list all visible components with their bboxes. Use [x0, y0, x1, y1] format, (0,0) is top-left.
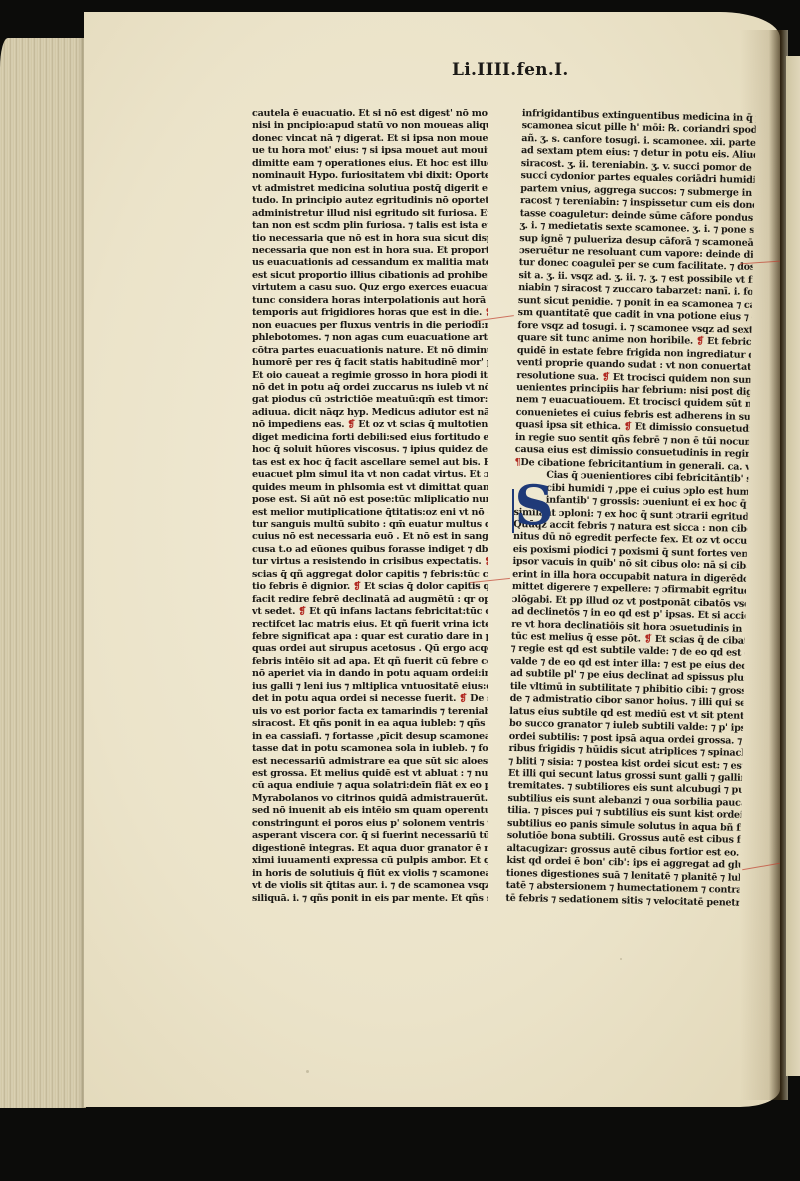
- pilcrow-icon: ❡: [353, 581, 361, 592]
- text-line: ximi iuuamenti expressa cū pulpis ambor.…: [252, 855, 488, 867]
- text-line: in horis de solutiuis q̄ fiūt ex violis …: [252, 868, 488, 880]
- text-line: temporis aut frigidiores horas que est i…: [252, 307, 488, 319]
- text-line: facit redire febrē declinatā ad augmētū …: [252, 594, 488, 606]
- pilcrow-icon: ❡: [624, 422, 632, 433]
- text-line: Et oio caueat a regimie grosso in hora p…: [252, 370, 488, 382]
- illuminated-initial-s: S: [511, 481, 557, 529]
- text-line: tur virtus a resistendo in crisibus expe…: [252, 556, 488, 568]
- text-line: quides meum in phlsomia est vt dimittat …: [252, 482, 488, 494]
- pilcrow-icon: ❡: [602, 371, 610, 382]
- text-line: vt de violis sit q̄titas aur. i. ⁊ de sc…: [252, 880, 488, 892]
- text-line: hoc q̄ soluit hūores viscosus. ⁊ ipius q…: [252, 444, 488, 456]
- text-column-left: cautela ē euacuatio. Et si nō est digest…: [252, 108, 488, 905]
- text-line: cusa t.o ad eūones quibus forasse indige…: [252, 544, 488, 556]
- text-line: nō aperiet via in dando in potu aquam or…: [252, 668, 488, 680]
- text-line: tunc considera horas interpolationis aut…: [252, 295, 488, 307]
- text-line: adiuua. dicit nāqz hyp. Medicus adiutor …: [252, 407, 488, 419]
- text-line: non euacues per fluxus ventris in die pe…: [252, 320, 488, 332]
- text-line: ue tu hora mot' eius: ⁊ si ipsa mouet au…: [252, 145, 488, 157]
- pilcrow-icon: ❡: [347, 419, 355, 430]
- pilcrow-icon: ❡: [459, 693, 467, 704]
- text-line: cōtra partes euacuationis nature. Et nō …: [252, 345, 488, 357]
- pilcrow-icon: ❡: [485, 556, 488, 567]
- text-line: est melior mutiplicatione q̄titatis:oz e…: [252, 507, 488, 519]
- text-line: digestionē integras. Et aqua duor granat…: [252, 843, 488, 855]
- right-column-top-text: infrigidantibus extinguentibus medicina …: [515, 108, 756, 462]
- text-line: est sicut proportio illius cibationis ad…: [252, 270, 488, 282]
- text-line: nominauit Hypo. furiositatem vbi dixit: …: [252, 170, 488, 182]
- text-line: tasse dat in potu scamonea sola in iuble…: [252, 743, 488, 755]
- text-line: virtutem a casu suo. Quz ergo exerces eu…: [252, 282, 488, 294]
- paper-speck: [306, 1070, 309, 1073]
- text-line: tur sanguis multū subito : qm̄ euatur mu…: [252, 519, 488, 531]
- pilcrow-icon: ❡: [644, 634, 652, 645]
- text-line: gat piodus cū ɔstrictiōe meatuū:qm̄ est …: [252, 394, 488, 406]
- text-line: cautela ē euacuatio. Et si nō est digest…: [252, 108, 488, 120]
- text-line: in ea cassiafi. ⁊ fortasse ,pīcit desup …: [252, 731, 488, 743]
- text-line: cū aqua endiuie ⁊ aqua solatri:deīn fiāt…: [252, 780, 488, 792]
- text-line: vt admistret medicina solutiua postq̄ di…: [252, 183, 488, 195]
- text-line: est necessariū admistrare ea que sūt sic…: [252, 756, 488, 768]
- text-line: ius galli ⁊ leni ius ⁊ mltiplica vntuosi…: [252, 681, 488, 693]
- text-line: asperant viscera cor. q̄ si fuerint nece…: [252, 830, 488, 842]
- text-line: tio febris ē dignior. ❡ Et scias q̄ dolo…: [252, 581, 488, 593]
- paper-speck: [620, 958, 622, 960]
- text-line: nisi in pncipio:apud statū vo non moueas…: [252, 120, 488, 132]
- text-line: uis vo est porior facta ex tamarindis ⁊ …: [252, 706, 488, 718]
- text-line: est grossa. Et melius quidē est vt ablua…: [252, 768, 488, 780]
- text-line: cuius nō est necessaria euō . Et nō est …: [252, 531, 488, 543]
- text-line: siliquā. i. ⁊ qñs ponit in eis par mente…: [252, 893, 488, 905]
- text-line: febris intēio sit ad apa. Et qñ fuerit c…: [252, 656, 488, 668]
- text-line: necessaria que non est in hora sua. Et p…: [252, 245, 488, 257]
- facing-page-sliver: [786, 56, 800, 1076]
- pilcrow-icon: ❡: [696, 336, 704, 347]
- text-line: sed nō inuenit ab eis intēio sm quam ope…: [252, 805, 488, 817]
- text-line: pose est. Si aūt nō est pose:tūc mliplic…: [252, 494, 488, 506]
- text-line: administretur illud nisi egritudo sit fu…: [252, 208, 488, 220]
- text-line: humorē per res q̄ facit statis habitudin…: [252, 357, 488, 369]
- text-line: diget medicina forti debili:sed eius for…: [252, 432, 488, 444]
- text-line: us euacuationis ad cessandum ex malitia …: [252, 257, 488, 269]
- text-line: dimitte eam ⁊ operationes eius. Et hoc e…: [252, 158, 488, 170]
- text-line: constringunt ei poros eius p' solonem ve…: [252, 818, 488, 830]
- text-line: Myrabolanos vo citrinos quidā admistraue…: [252, 793, 488, 805]
- text-line: tudo. In principio autez egritudinis nō …: [252, 195, 488, 207]
- text-line: euacuet plm simul ita vt non cadat virtu…: [252, 469, 488, 481]
- text-line: quas ordei aut sirupus acetosus . Qū erg…: [252, 643, 488, 655]
- page-edges-stack: [0, 38, 86, 1108]
- text-line: rectifcet lac matris eius. Et qñ fuerit …: [252, 619, 488, 631]
- text-line: tas est ex hoc q̄ facit ascellare semel …: [252, 457, 488, 469]
- running-head: Li.IIII.fen.I.: [452, 60, 569, 80]
- text-line: donec vincat nā ⁊ digerat. Et si ipsa no…: [252, 133, 488, 145]
- pilcrow-icon: ❡: [485, 307, 488, 318]
- pilcrow-icon: ❡: [298, 606, 306, 617]
- text-line: siracost. Et qñs ponit in ea aqua iubleb…: [252, 718, 488, 730]
- text-line: febre significat apa : quar est curatio …: [252, 631, 488, 643]
- text-line: vt sedet. ❡ Et qū infans lactans febrici…: [252, 606, 488, 618]
- text-line: nō impediens eas. ❡ Et oz vt scias q̄ mu…: [252, 419, 488, 431]
- text-line: scias q̄ qñ aggregat dolor capitis ⁊ feb…: [252, 569, 488, 581]
- text-line: nō det in potu aq̄ ordei zuccarus ns iul…: [252, 382, 488, 394]
- text-line: det in potu aqua ordei si necesse fuerit…: [252, 693, 488, 705]
- text-line: tan non est scdm plin furiosa. ⁊ talis e…: [252, 220, 488, 232]
- text-line: tio necessaria que nō est in hora sua si…: [252, 233, 488, 245]
- text-line: phlebotomes. ⁊ non agas cum euacuatione …: [252, 332, 488, 344]
